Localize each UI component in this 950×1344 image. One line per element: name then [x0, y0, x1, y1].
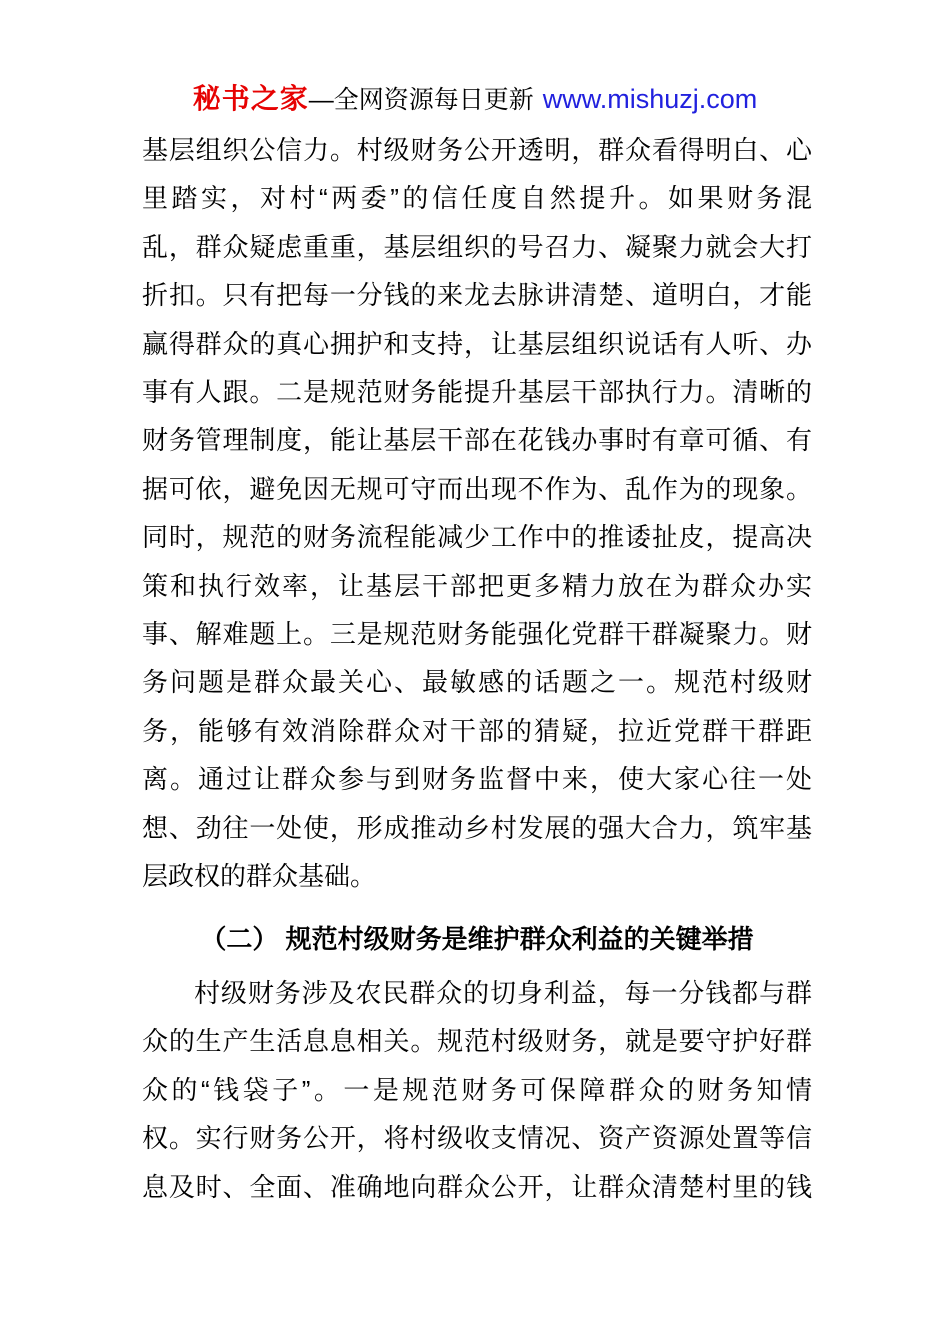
- text-line: 众的生产生活息息相关。规范村级财务，就是要守护好群: [142, 1017, 812, 1065]
- text-line: 事、解难题上。三是规范财务能强化党群干群凝聚力。财: [142, 610, 812, 658]
- text-line: 村级财务涉及农民群众的切身利益，每一分钱都与群: [142, 969, 812, 1017]
- section-heading: （二） 规范村级财务是维护群众利益的关键举措: [142, 915, 812, 963]
- text-line: 息及时、全面、准确地向群众公开，让群众清楚村里的钱: [142, 1163, 812, 1211]
- site-tagline: —全网资源每日更新: [309, 80, 534, 116]
- text-line: 权。实行财务公开，将村级收支情况、资产资源处置等信: [142, 1114, 812, 1162]
- text-line: 务问题是群众最关心、最敏感的话题之一。规范村级财: [142, 658, 812, 706]
- text-line: 赢得群众的真心拥护和支持，让基层组织说话有人听、办: [142, 320, 812, 368]
- site-header: 秘书之家—全网资源每日更新www.mishuzj.com: [0, 77, 950, 113]
- site-brand: 秘书之家: [193, 77, 309, 117]
- text-line: 事有人跟。二是规范财务能提升基层干部执行力。清晰的: [142, 368, 812, 416]
- text-line: 基层组织公信力。村级财务公开透明，群众看得明白、心: [142, 126, 812, 174]
- text-line: 策和执行效率，让基层干部把更多精力放在为群众办实: [142, 562, 812, 610]
- text-line: 折扣。只有把每一分钱的来龙去脉讲清楚、道明白，才能: [142, 271, 812, 319]
- text-line: 财务管理制度，能让基层干部在花钱办事时有章可循、有: [142, 416, 812, 464]
- site-url-link[interactable]: www.mishuzj.com: [543, 84, 758, 115]
- text-line: 同时，规范的财务流程能减少工作中的推诿扯皮，提高决: [142, 513, 812, 561]
- text-line: 务，能够有效消除群众对干部的猜疑，拉近党群干群距: [142, 707, 812, 755]
- document-body: 基层组织公信力。村级财务公开透明，群众看得明白、心 里踏实，对村“两委”的信任度…: [142, 126, 812, 1211]
- text-line: 乱，群众疑虑重重，基层组织的号召力、凝聚力就会大打: [142, 223, 812, 271]
- text-line: 众的“钱袋子”。一是规范财务可保障群众的财务知情: [142, 1066, 812, 1114]
- text-line: 离。通过让群众参与到财务监督中来，使大家心往一处: [142, 755, 812, 803]
- text-line: 里踏实，对村“两委”的信任度自然提升。如果财务混: [142, 174, 812, 222]
- text-line: 据可依，避免因无规可守而出现不作为、乱作为的现象。: [142, 465, 812, 513]
- text-line: 层政权的群众基础。: [142, 852, 812, 900]
- document-page: 秘书之家—全网资源每日更新www.mishuzj.com 基层组织公信力。村级财…: [0, 0, 950, 1344]
- text-line: 想、劲往一处使，形成推动乡村发展的强大合力，筑牢基: [142, 804, 812, 852]
